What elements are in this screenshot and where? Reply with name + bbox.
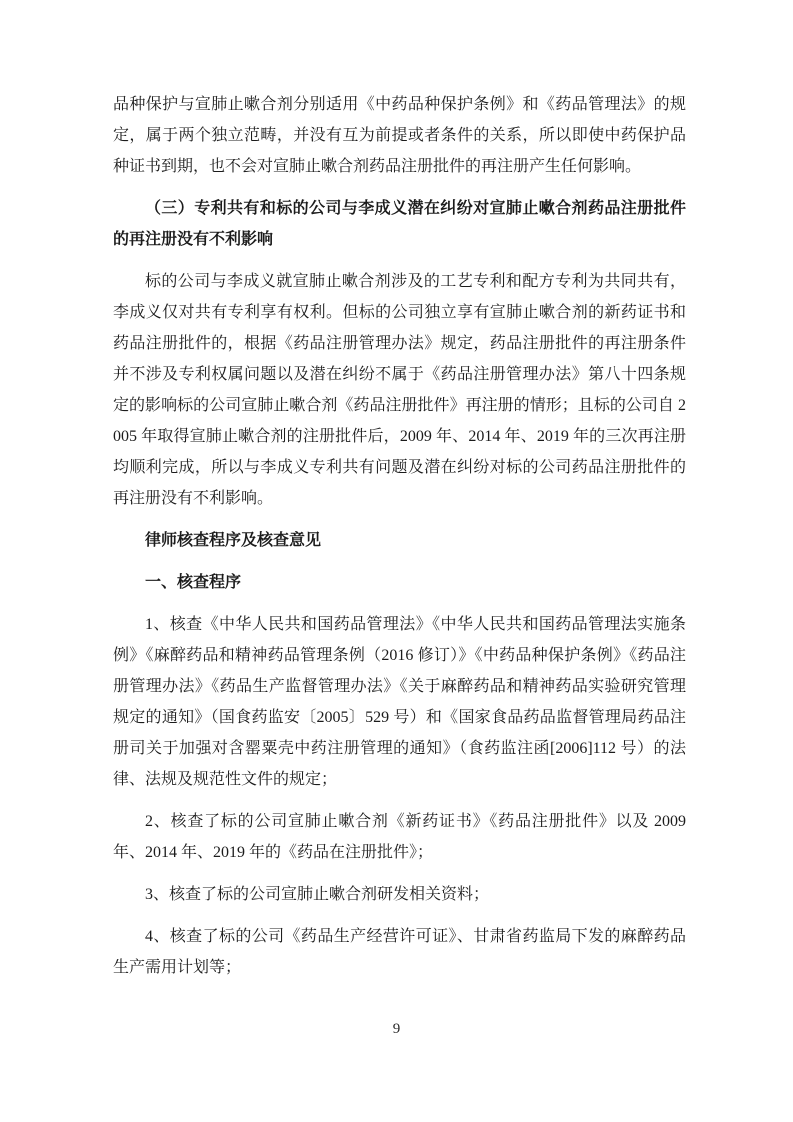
page-number: 9 <box>0 1019 793 1039</box>
section-heading-lawyer-verification: 律师核查程序及核查意见 <box>113 525 686 556</box>
section-heading-verification-procedure: 一、核查程序 <box>113 567 686 598</box>
paragraph-continuation: 品种保护与宣肺止嗽合剂分别适用《中药品种保护条例》和《药品管理法》的规定，属于两… <box>113 89 686 182</box>
section-heading-patent-co-ownership: （三）专利共有和标的公司与李成义潜在纠纷对宣肺止嗽合剂药品注册批件的再注册没有不… <box>113 193 686 255</box>
paragraph-verification-item-3: 3、核查了标的公司宣肺止嗽合剂研发相关资料； <box>113 879 686 910</box>
paragraph-verification-item-2: 2、核查了标的公司宣肺止嗽合剂《新药证书》《药品注册批件》以及 2009 年、2… <box>113 806 686 868</box>
paragraph-verification-item-4: 4、核查了标的公司《药品生产经营许可证》、甘肃省药监局下发的麻醉药品生产需用计划… <box>113 921 686 983</box>
paragraph-patent-co-ownership-body: 标的公司与李成义就宣肺止嗽合剂涉及的工艺专利和配方专利为共同共有，李成义仅对共有… <box>113 266 686 514</box>
paragraph-verification-item-1: 1、核查《中华人民共和国药品管理法》《中华人民共和国药品管理法实施条例》《麻醉药… <box>113 609 686 795</box>
document-page: 品种保护与宣肺止嗽合剂分别适用《中药品种保护条例》和《药品管理法》的规定，属于两… <box>0 0 793 1122</box>
